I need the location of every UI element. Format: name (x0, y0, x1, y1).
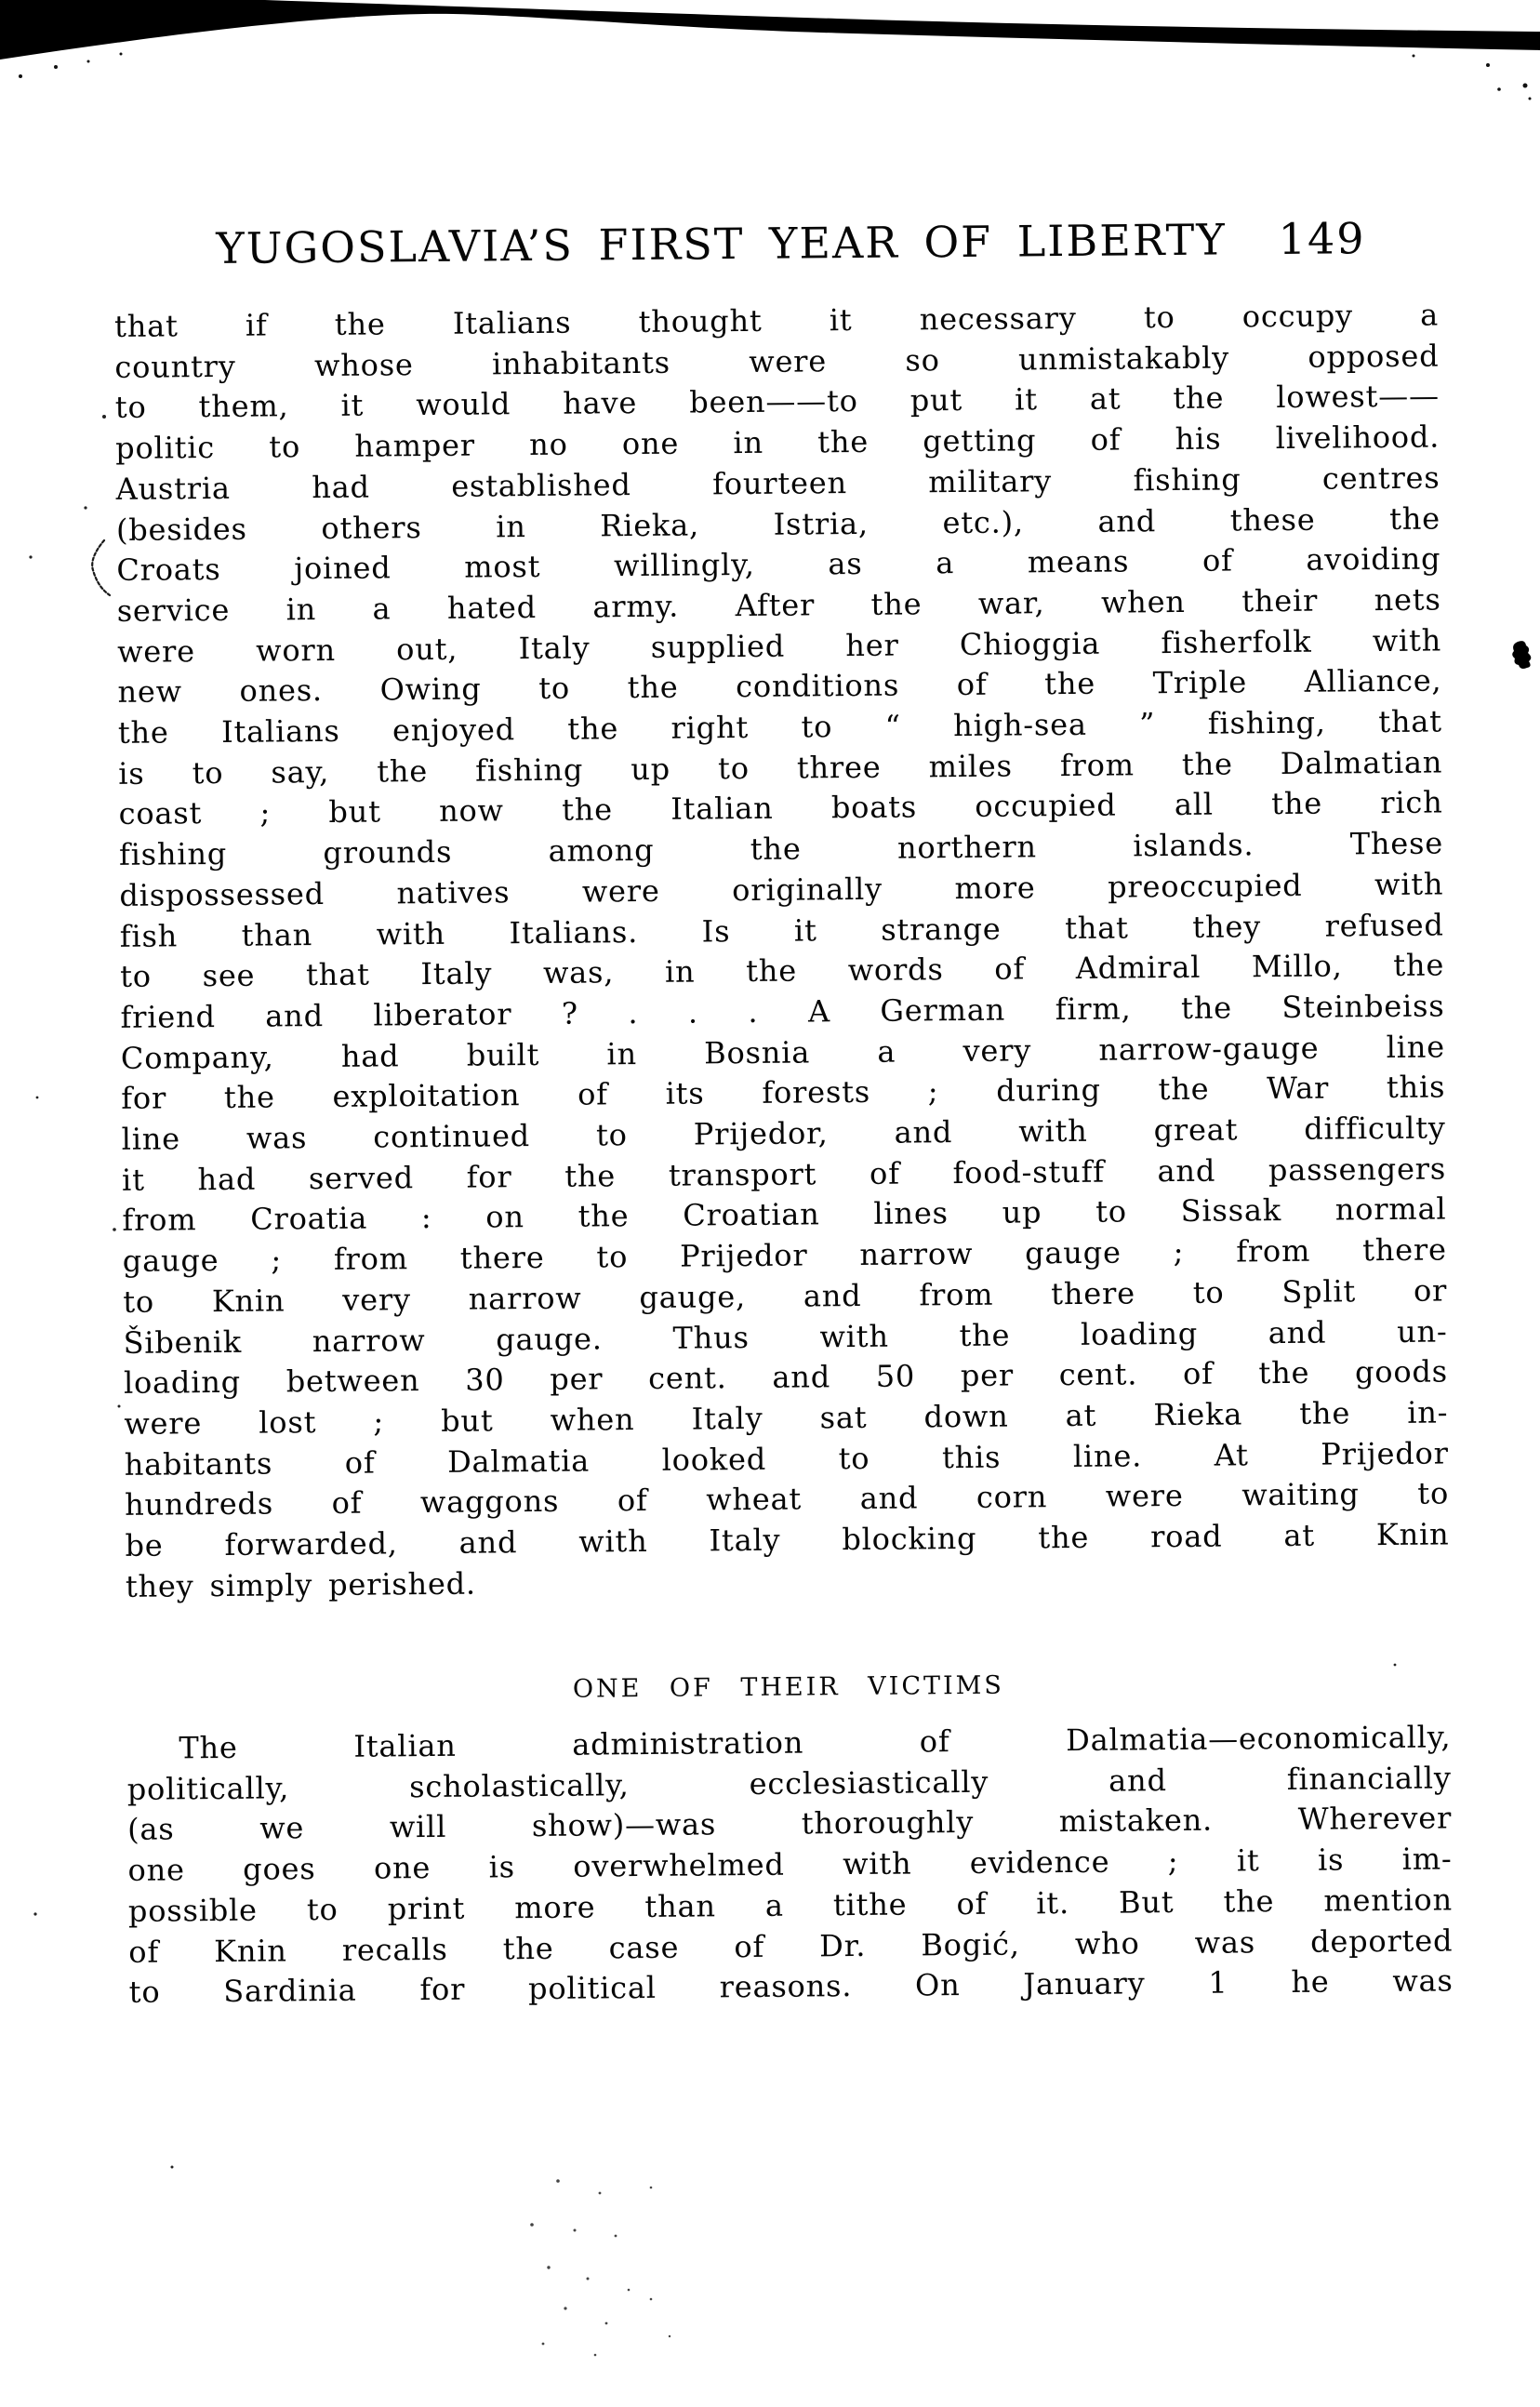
running-header: YUGOSLAVIA’S FIRST YEAR OF LIBERTY 149 (216, 217, 1366, 270)
page-number: 149 (1278, 217, 1365, 260)
paragraph-victims: The Italian administration of Dalmatia—e… (126, 1717, 1454, 2013)
paragraph-continuation: that if the Italians thought it necessar… (114, 296, 1450, 1608)
page-content: YUGOSLAVIA’S FIRST YEAR OF LIBERTY 149 t… (0, 0, 1540, 2407)
section-heading: ONE OF THEIR VICTIMS (126, 1667, 1451, 1709)
running-header-title: YUGOSLAVIA’S FIRST YEAR OF LIBERTY (216, 219, 1227, 270)
scanned-book-page: YUGOSLAVIA’S FIRST YEAR OF LIBERTY 149 t… (0, 0, 1540, 2407)
